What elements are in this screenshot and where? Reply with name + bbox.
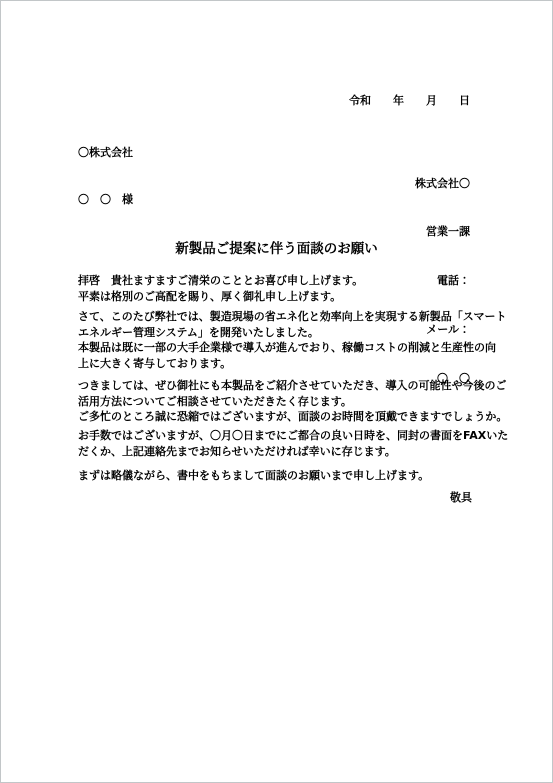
letter-paragraph: まずは略儀ながら、書中をもちまして面談のお願いまで申し上げます。 — [78, 468, 429, 484]
letter-paragraph: さて、このたび弊社では、製造現場の省エネ化と効率向上を実現する新製品「スマート … — [78, 309, 507, 371]
recipient-block: 〇株式会社 〇 〇 様 — [78, 114, 133, 239]
recipient-company: 〇株式会社 — [78, 145, 133, 161]
recipient-name: 〇 〇 様 — [78, 192, 133, 208]
closing-word: 敬具 — [450, 489, 472, 505]
date-line: 令和 年 月 日 — [349, 92, 470, 108]
sender-phone-label: 電話： — [415, 273, 470, 289]
letter-paragraph: 拝啓 貴社ますますご清栄のこととお喜び申し上げます。 平素は格別のご高配を賜り、… — [78, 273, 363, 304]
letter-page: 令和 年 月 日 〇株式会社 〇 〇 様 株式会社〇 営業一課 電話： メール：… — [0, 0, 553, 783]
letter-paragraph: お手数ではございますが、〇月〇日までにご都合の良い日時を、同封の書面をFAXいた… — [78, 428, 508, 459]
letter-paragraph: つきましては、ぜひ御社にも本製品をご紹介させていただき、導入の可能性や今後のご … — [78, 378, 507, 425]
letter-title: 新製品ご提案に伴う面談のお願い — [1, 237, 552, 257]
sender-company: 株式会社〇 — [415, 176, 470, 192]
